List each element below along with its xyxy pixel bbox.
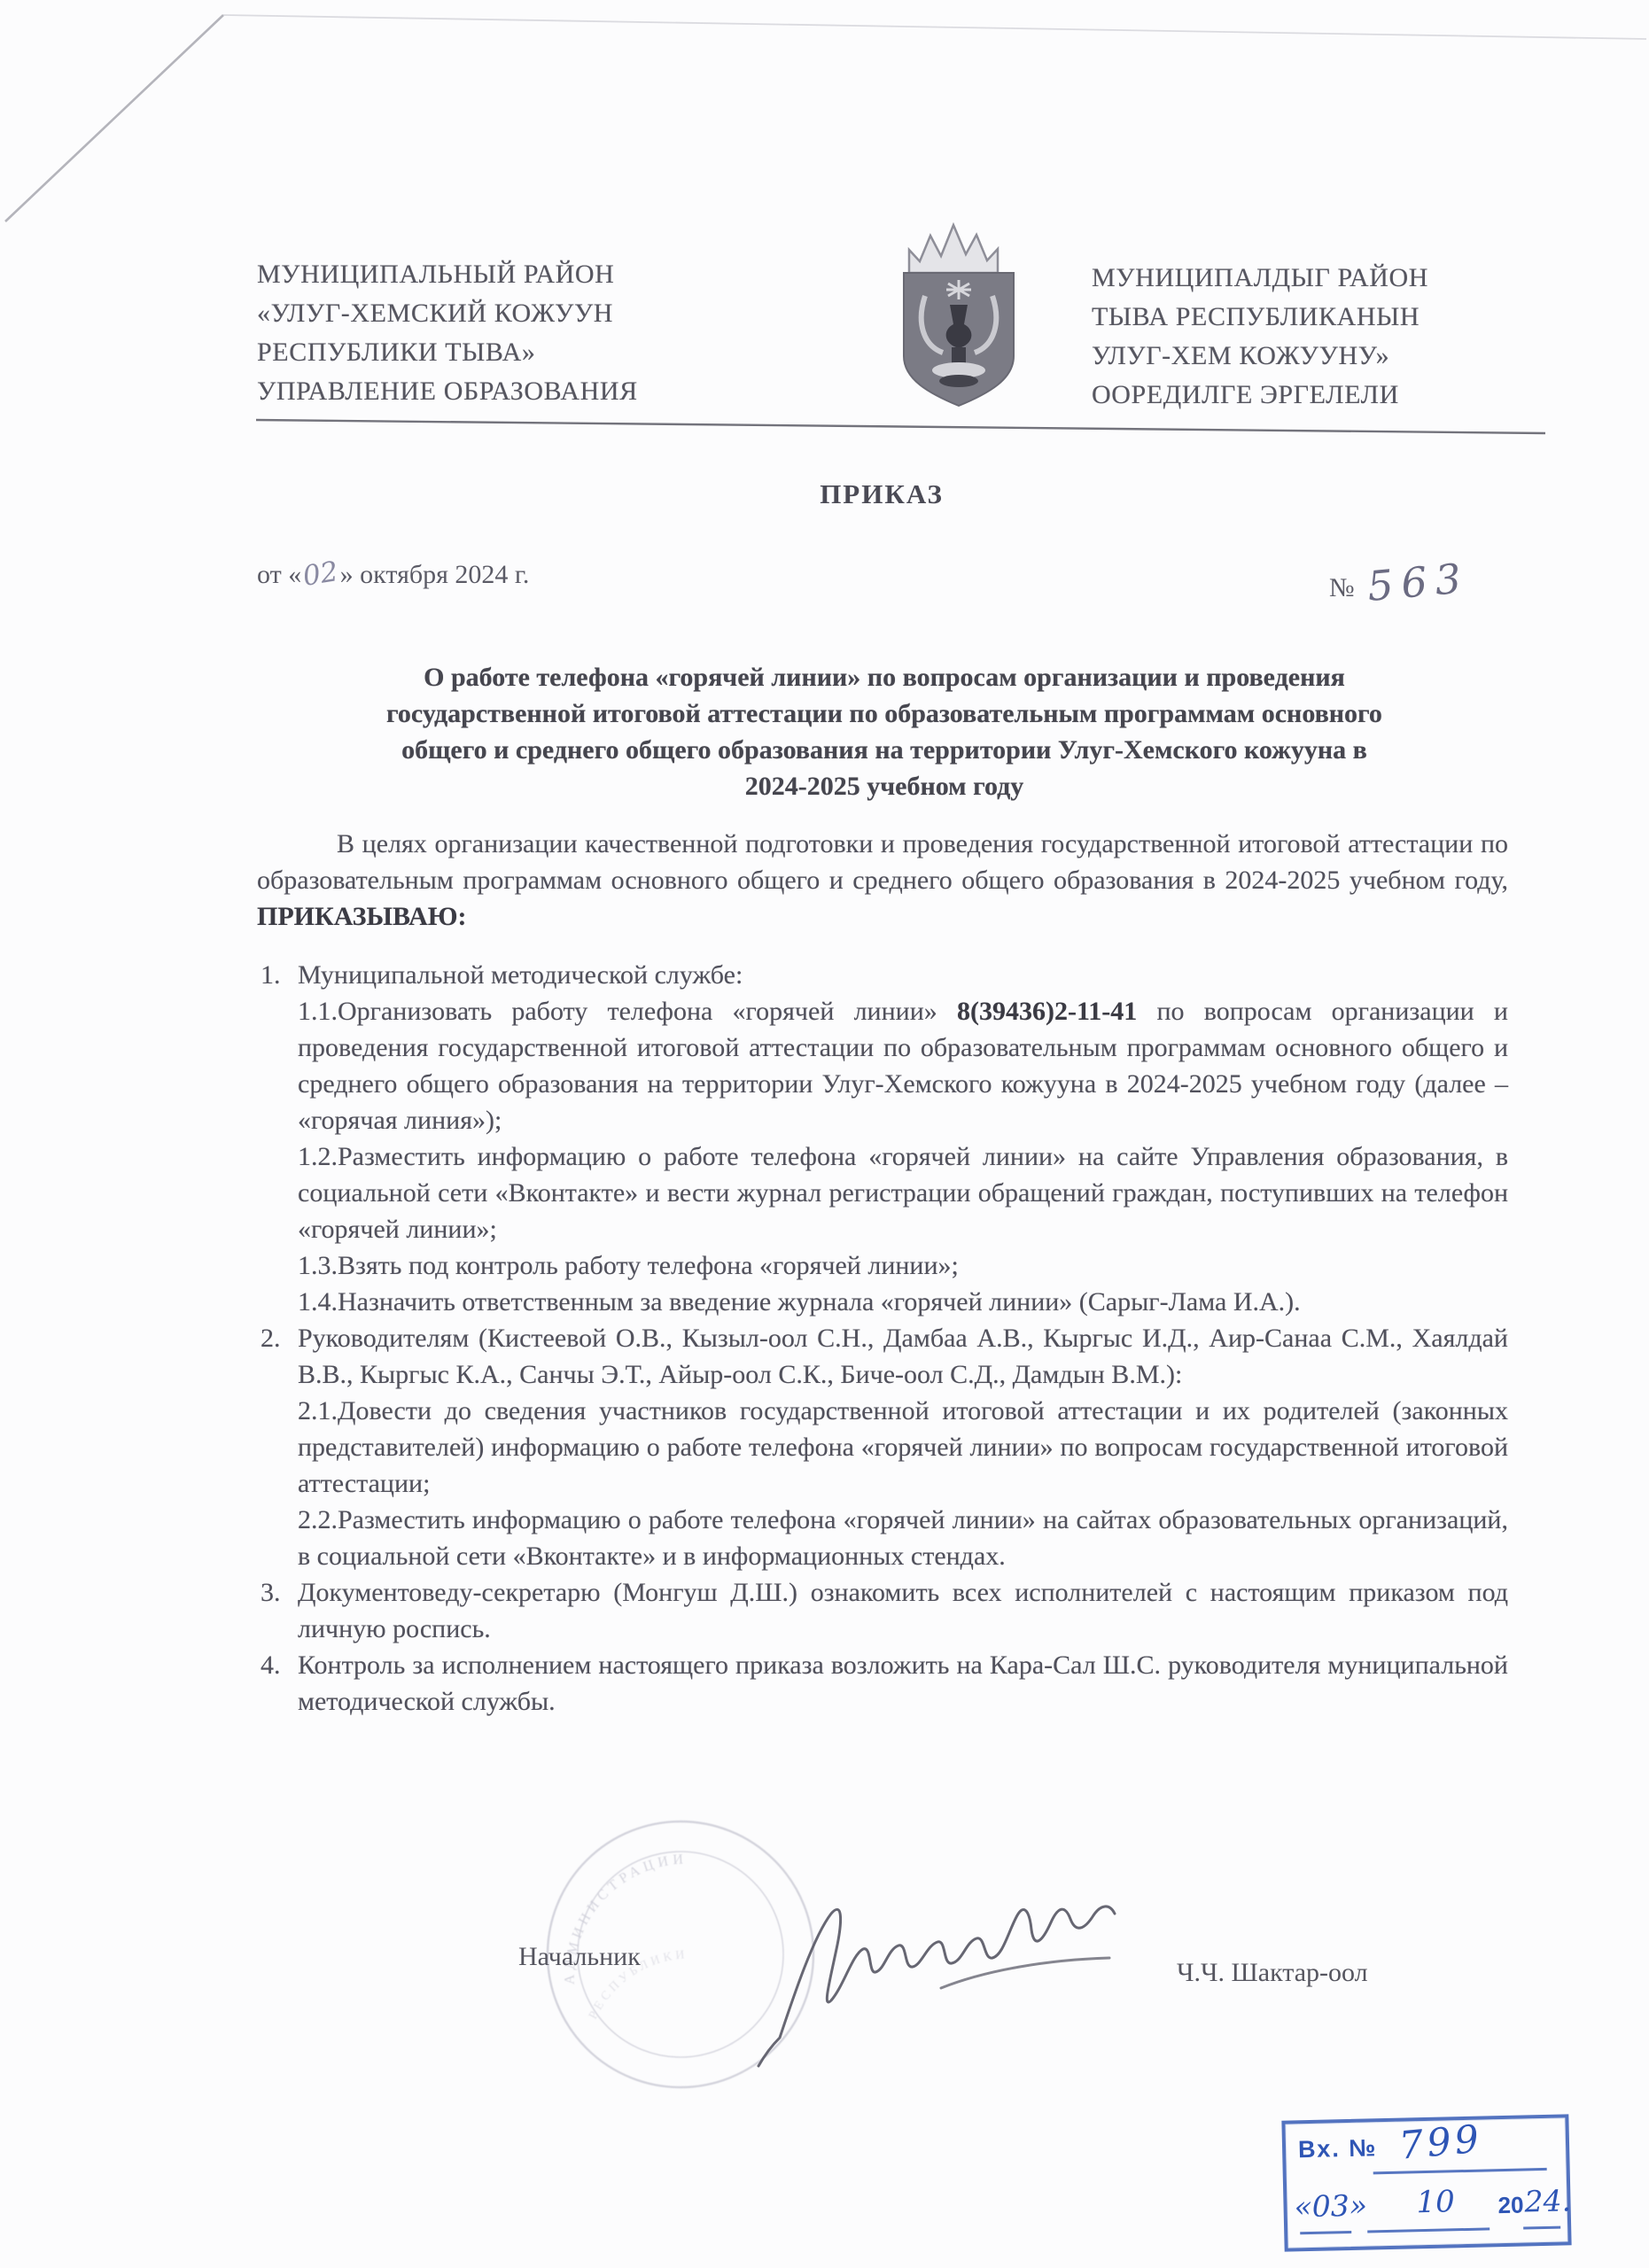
handwritten-order-number: 563 xyxy=(1365,554,1470,610)
item-intro: Муниципальной методической службе: xyxy=(298,957,1508,993)
crown-shape xyxy=(909,225,998,273)
date-and-number-row: от «02» октября 2024 г. №563 xyxy=(257,558,1506,620)
org-line: ООРЕДИЛГЕ ЭРГЕЛЕЛИ xyxy=(1092,376,1482,415)
stamp-line xyxy=(1367,2227,1490,2233)
order-item-4: 4. Контроль за исполнением настоящего пр… xyxy=(257,1647,1508,1720)
sub-item-1-3: 1.3.Взять под контроль работу телефона «… xyxy=(298,1247,1508,1284)
sub-item-1-4: 1.4.Назначить ответственным за введение … xyxy=(298,1284,1508,1320)
item-number: 1. xyxy=(261,957,281,993)
order-date: от «02» октября 2024 г. xyxy=(257,560,529,589)
order-subject-title: О работе телефона «горячей линии» по воп… xyxy=(264,659,1505,804)
sub-text: Взять под контроль работу телефона «горя… xyxy=(338,1251,959,1280)
incoming-number-label: Вх. № xyxy=(1298,2134,1378,2163)
sub-number: 1.3. xyxy=(298,1251,338,1280)
date-prefix: от « xyxy=(257,560,301,589)
date-suffix: » октября 2024 г. xyxy=(340,560,530,589)
letterhead-right-org: МУНИЦИПАЛДЫГ РАЙОН ТЫВА РЕСПУБЛИКАНЫН УЛ… xyxy=(1092,259,1482,415)
sub-text: Назначить ответственным за введение журн… xyxy=(338,1287,1301,1317)
sub-number: 1.2. xyxy=(298,1142,338,1171)
title-line: общего и среднего общего образования на … xyxy=(264,732,1505,768)
sub-item-2-1: 2.1.Довести до сведения участников госуд… xyxy=(298,1393,1508,1502)
number-sign: № xyxy=(1329,573,1355,602)
goblet-stem xyxy=(952,347,966,363)
scanned-order-document: { "colors": { "ink": "#4f4f59", "hand_in… xyxy=(0,0,1649,2268)
incoming-registration-stamp: Вх. № 799 «03» 10 20 24. xyxy=(1281,2114,1571,2251)
year-prefix-printed: 20 xyxy=(1497,2192,1524,2220)
handwritten-day: 02 xyxy=(301,555,341,593)
sub-text: Организовать работу телефона «горячей ли… xyxy=(338,997,957,1026)
prikazyvayu-word: ПРИКАЗЫВАЮ: xyxy=(257,902,467,931)
sub-item-1-1: 1.1.Организовать работу телефона «горяче… xyxy=(298,993,1508,1138)
signature-row: Начальник Ч.Ч. Шактар-оол xyxy=(257,1938,1506,2045)
letterhead-left-org: МУНИЦИПАЛЬНЫЙ РАЙОН «УЛУГ-ХЕМСКИЙ КОЖУУН… xyxy=(257,255,806,411)
year-suffix-handwritten: 24. xyxy=(1524,2183,1571,2218)
incoming-number-handwritten: 799 xyxy=(1397,2117,1484,2168)
signer-position: Начальник xyxy=(518,1942,641,1972)
coat-of-arms-icon xyxy=(888,214,1030,420)
order-items-list: 1. Муниципальной методической службе: 1.… xyxy=(257,957,1508,1720)
org-line: МУНИЦИПАЛДЫГ РАЙОН xyxy=(1092,259,1482,298)
item-intro: Контроль за исполнением настоящего прика… xyxy=(298,1647,1508,1720)
header-divider xyxy=(256,420,1545,433)
incoming-month-handwritten: 10 xyxy=(1416,2184,1455,2220)
sub-item-2-2: 2.2.Разместить информацию о работе телеф… xyxy=(298,1502,1508,1574)
item-number: 3. xyxy=(261,1574,281,1611)
stamp-line xyxy=(1373,2168,1547,2174)
item-intro: Руководителям (Кистеевой О.В., Кызыл-оол… xyxy=(298,1320,1508,1393)
sub-number: 2.1. xyxy=(298,1396,338,1425)
org-line: УПРАВЛЕНИЕ ОБРАЗОВАНИЯ xyxy=(257,372,806,411)
sub-text: Довести до сведения участников государст… xyxy=(298,1396,1508,1498)
sub-text: Разместить информацию о работе телефона … xyxy=(298,1505,1508,1571)
item-number: 4. xyxy=(261,1647,281,1683)
item-intro: Документоведу-секретарю (Монгуш Д.Ш.) оз… xyxy=(298,1574,1508,1647)
order-number: №563 xyxy=(1329,558,1468,606)
stamp-line xyxy=(1300,2231,1351,2234)
order-item-1: 1. Муниципальной методической службе: 1.… xyxy=(257,957,1508,1320)
org-line: УЛУГ-ХЕМ КОЖУУНУ» xyxy=(1092,337,1482,376)
incoming-day-handwritten: «03» xyxy=(1294,2188,1367,2225)
preamble-text: В целях организации качественной подгото… xyxy=(257,829,1508,895)
org-line: «УЛУГ-ХЕМСКИЙ КОЖУУН xyxy=(257,294,806,333)
org-line: МУНИЦИПАЛЬНЫЙ РАЙОН xyxy=(257,255,806,294)
stamp-line xyxy=(1523,2226,1560,2230)
crease-top-edge xyxy=(223,15,1646,39)
order-item-3: 3. Документоведу-секретарю (Монгуш Д.Ш.)… xyxy=(257,1574,1508,1647)
document-type-heading: ПРИКАЗ xyxy=(257,478,1506,510)
crease-diagonal xyxy=(5,15,223,221)
sub-number: 2.2. xyxy=(298,1505,338,1534)
org-line: РЕСПУБЛИКИ ТЫВА» xyxy=(257,333,806,372)
org-line: ТЫВА РЕСПУБЛИКАНЫН xyxy=(1092,298,1482,337)
order-item-2: 2. Руководителям (Кистеевой О.В., Кызыл-… xyxy=(257,1320,1508,1574)
title-line: О работе телефона «горячей линии» по воп… xyxy=(264,659,1505,695)
sub-text: Разместить информацию о работе телефона … xyxy=(298,1142,1508,1244)
title-line: 2024-2025 учебном году xyxy=(264,768,1505,804)
preamble-paragraph: В целях организации качественной подгото… xyxy=(257,826,1508,935)
hotline-phone-number: 8(39436)2-11-41 xyxy=(957,997,1137,1026)
sub-number: 1.4. xyxy=(298,1287,338,1317)
title-line: государственной итоговой аттестации по о… xyxy=(264,695,1505,732)
signer-name: Ч.Ч. Шактар-оол xyxy=(1177,1958,1368,1988)
sub-number: 1.1. xyxy=(298,997,338,1026)
item-number: 2. xyxy=(261,1320,281,1356)
sub-item-1-2: 1.2.Разместить информацию о работе телеф… xyxy=(298,1138,1508,1247)
goblet-foot xyxy=(939,375,978,387)
